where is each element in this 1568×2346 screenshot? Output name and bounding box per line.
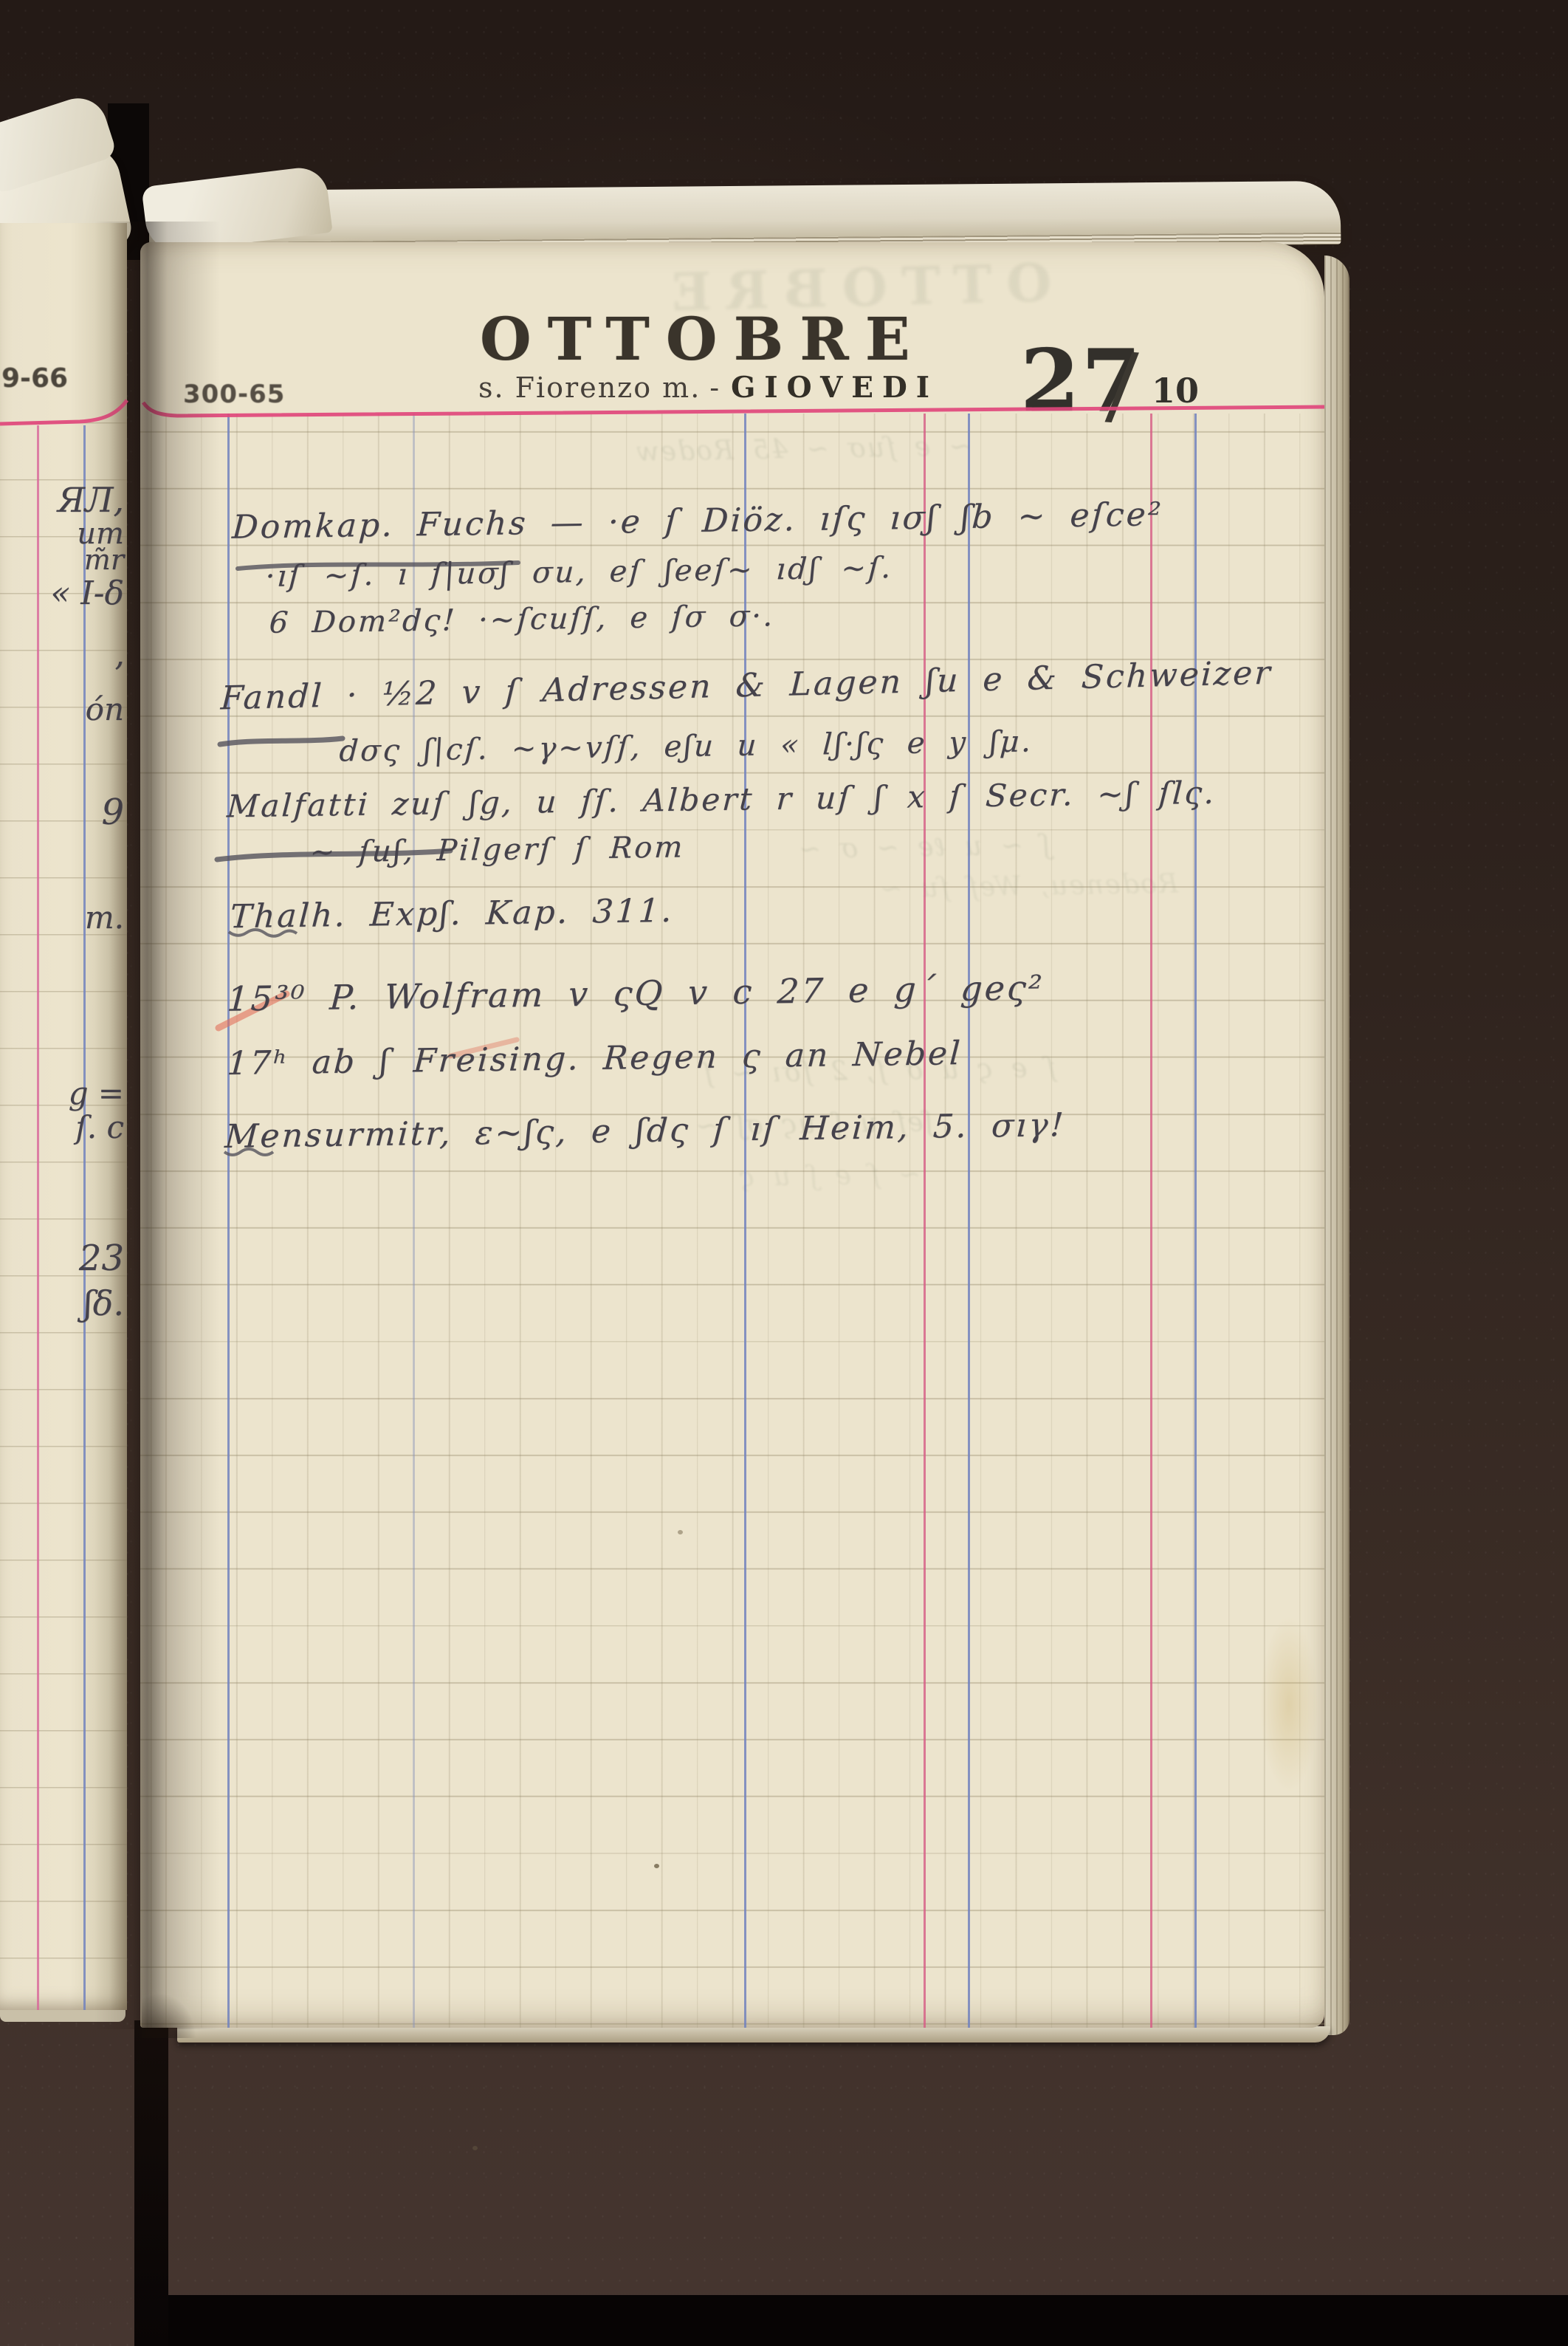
left-page-bottom-edge [0, 2010, 125, 2022]
scan-black-band [165, 2295, 1568, 2346]
diary-entry-line: ~ ſuʃ, Pilgerſ ſ Rom [309, 830, 685, 869]
left-page-fragment: ʃδ. [0, 1283, 164, 1323]
paper-speck [654, 1864, 659, 1868]
saint-name: s. Fiorenzo m. [478, 371, 701, 404]
gutter-bottom-notch [142, 1989, 199, 2038]
diary-entry-line: Thalh. Expʃ. Kap. 311. [229, 892, 675, 936]
bleedthrough-line: ʃ ~ u ℓe ~ σ ~ [797, 829, 1050, 865]
paper-stain [1259, 1616, 1318, 1793]
month-number: 10 [1152, 371, 1199, 411]
ruled-line-vertical-red [924, 414, 926, 2028]
left-page-fragment: 9 [0, 792, 188, 833]
ruled-line-vertical-red [1150, 414, 1152, 2028]
paper-speck [472, 2146, 478, 2150]
month-title: OTTOBRE [480, 304, 926, 374]
binding-gutter-shadow-bottom [134, 2020, 168, 2346]
left-page-fragment: ón [0, 691, 168, 727]
ruled-line-vertical-blue [744, 414, 746, 2028]
bleedthrough-line: ~ e ſuσ ~ 45 Rodew [635, 431, 972, 467]
ruled-grid [140, 414, 1324, 2028]
bleedthrough-line: Rodeneu, Weſ ſu ~ [878, 868, 1179, 904]
paper-speck [678, 1530, 683, 1534]
weekday-name: GIOVEDI [731, 371, 938, 405]
ruled-line-vertical-blue-faint [413, 414, 415, 2028]
saint-weekday-separator: - [709, 371, 721, 404]
page-bottom-edge-stack [177, 2026, 1330, 2043]
page-right-edge-stack [1324, 255, 1349, 2035]
page-code-left: 9-66 [1, 363, 68, 394]
bleedthrough-line: ~ ſ e ʃ u ς [738, 1159, 921, 1193]
notebook-scan: OTTOBRE OTTOBRE s. Fiorenzo m.-GIOVEDI 2… [0, 0, 1568, 2346]
diary-entry-line: 6 Dom²dς! ·~ſcuſſ, e ſσ σ·. [268, 599, 775, 640]
left-page-fragment: g = [0, 1075, 143, 1111]
page-code-right: 300-65 [183, 380, 285, 409]
ruled-line-vertical-blue [227, 414, 230, 2028]
left-page-fragment: 23 [0, 1238, 182, 1279]
left-page-fragment: ſ. c [0, 1109, 151, 1145]
left-page-fragment: m̃r [0, 543, 161, 576]
left-page-fragment: ЯЛ, [0, 480, 127, 520]
left-page-fragment: « I-δ [0, 575, 131, 612]
left-page-fragment: m. [0, 899, 162, 936]
ruled-line-vertical-blue [968, 414, 970, 2028]
left-page-fragment: ’ [0, 656, 188, 693]
saint-weekday-line: s. Fiorenzo m.-GIOVEDI [478, 371, 938, 405]
